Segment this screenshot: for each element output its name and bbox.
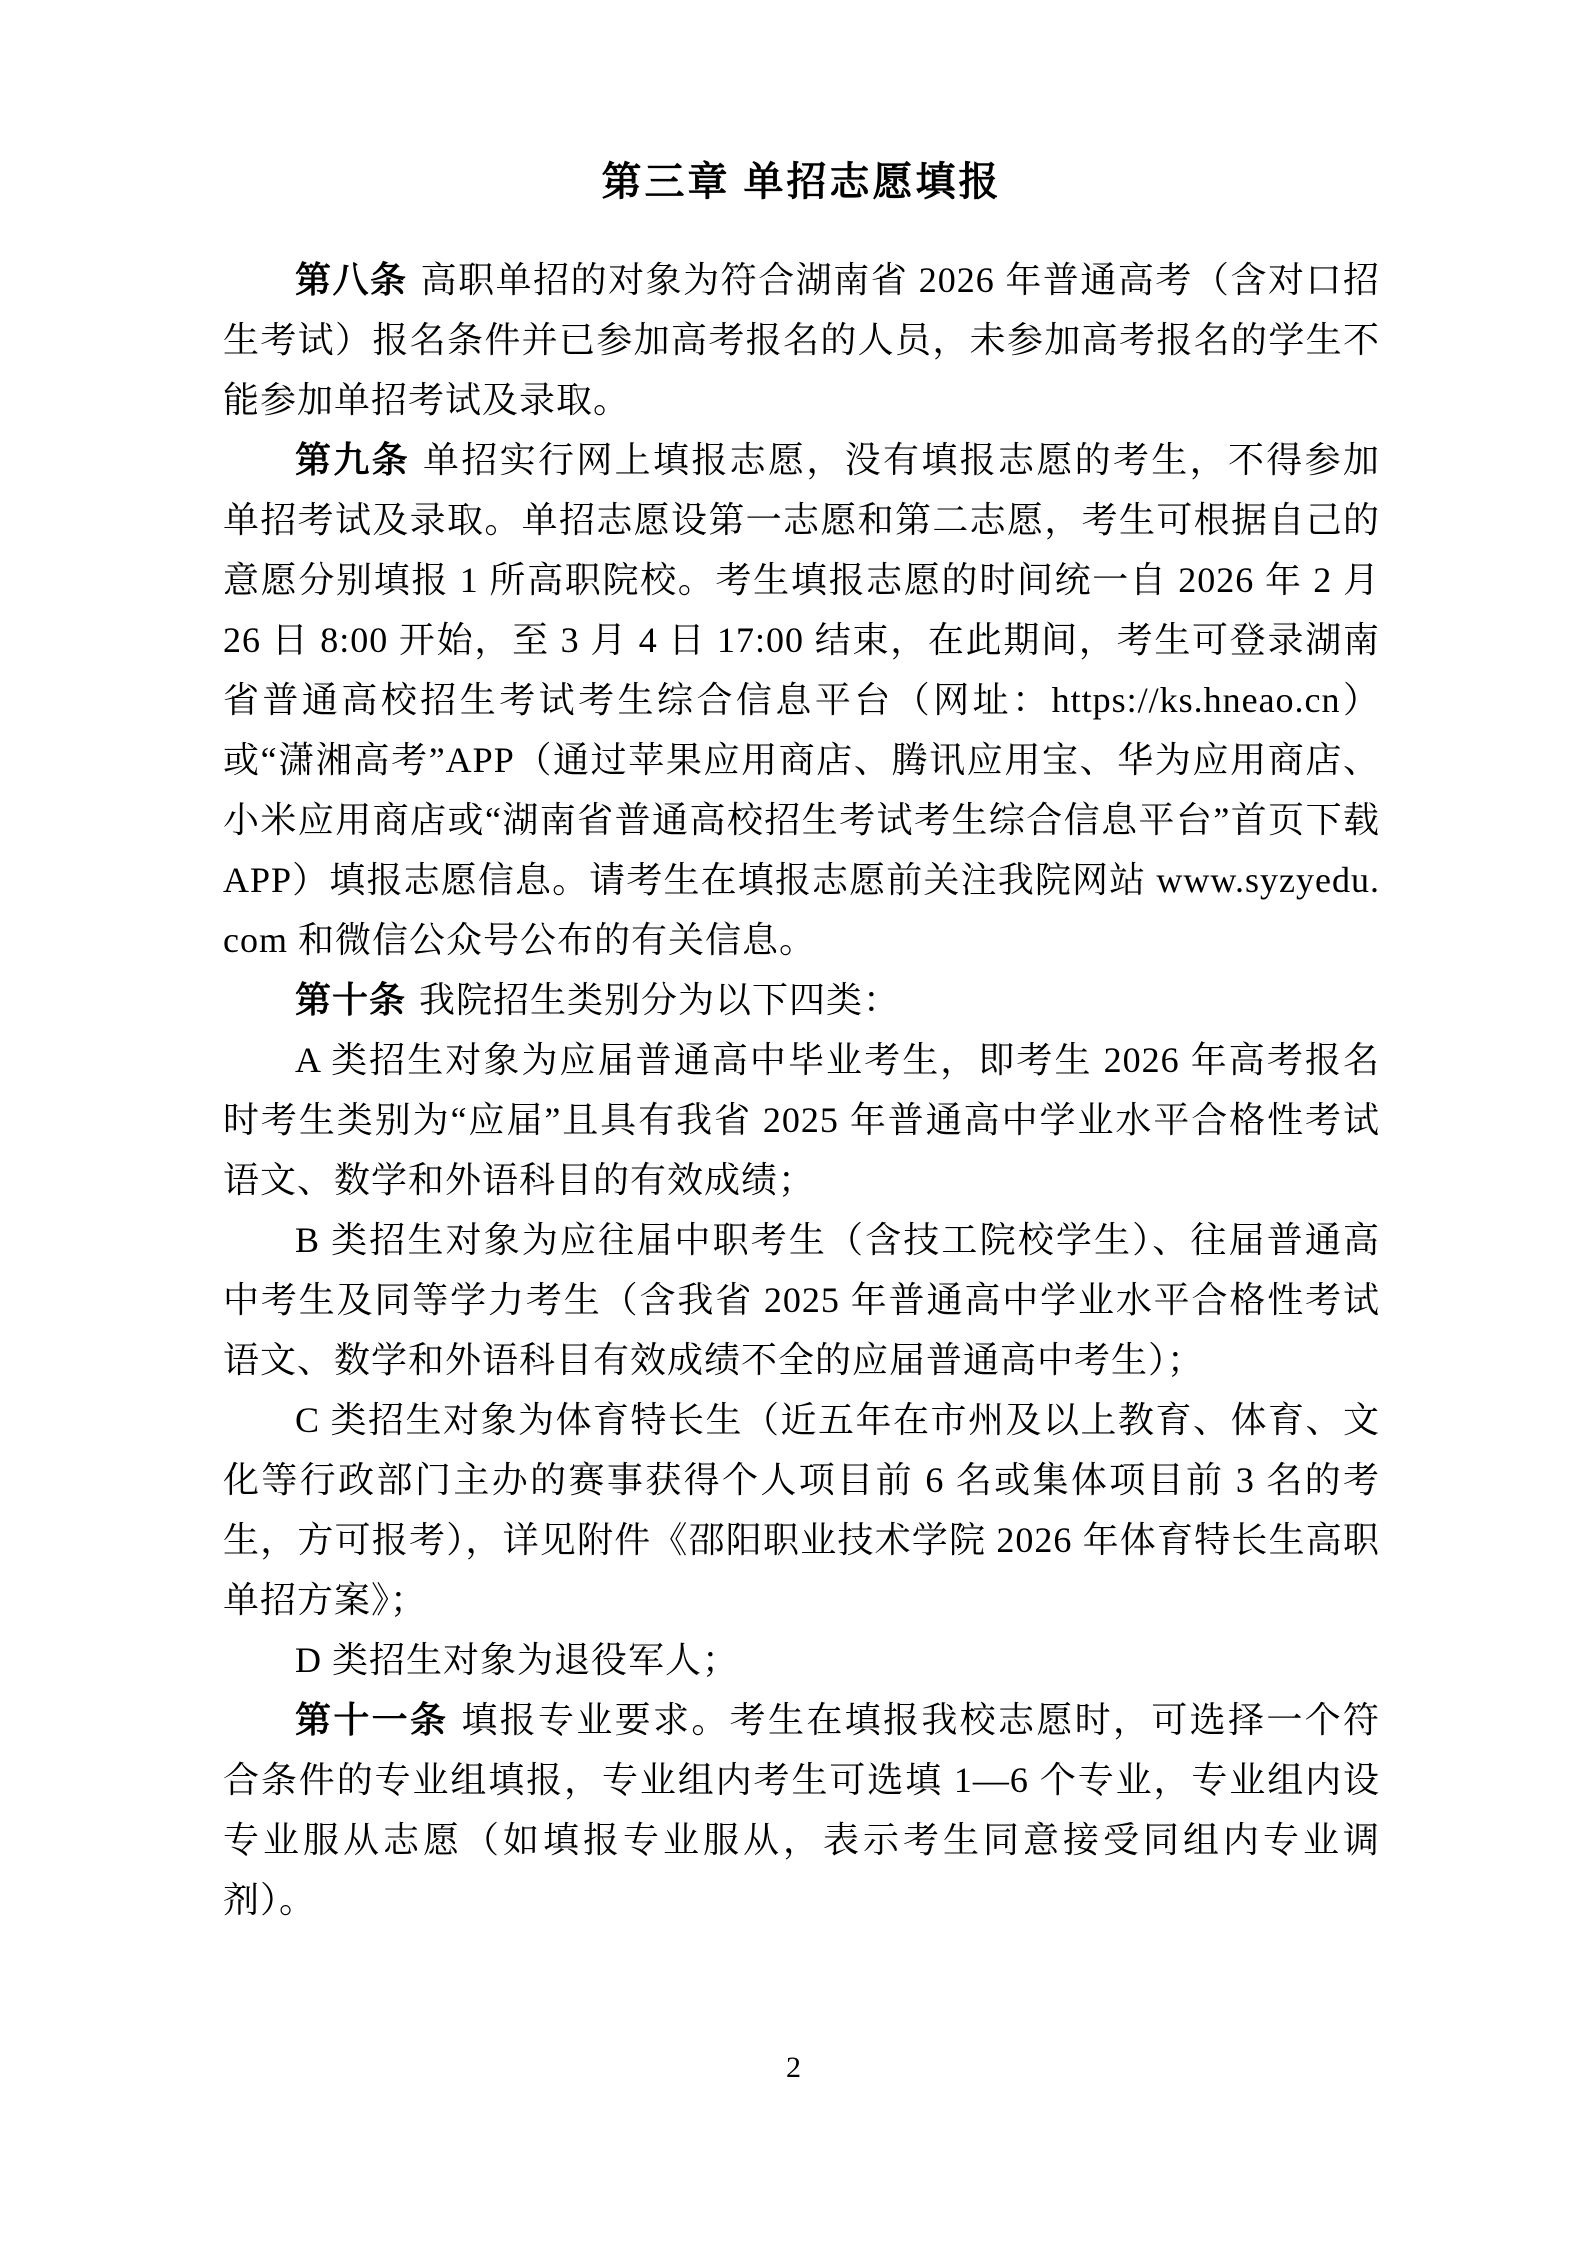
- document-page: 第三章 单招志愿填报 第八条高职单招的对象为符合湖南省 2026 年普通高考（含…: [0, 0, 1587, 2245]
- paragraph: B 类招生对象为应往届中职考生（含技工院校学生）、往届普通高中考生及同等学力考生…: [223, 1210, 1380, 1390]
- paragraph: A 类招生对象为应届普通高中毕业考生，即考生 2026 年高考报名时考生类别为“…: [223, 1030, 1380, 1210]
- page-number: 2: [0, 2050, 1587, 2086]
- paragraph-text: D 类招生对象为退役军人；: [295, 1640, 739, 1680]
- paragraph: 第八条高职单招的对象为符合湖南省 2026 年普通高考（含对口招生考试）报名条件…: [223, 250, 1380, 430]
- paragraph: 第九条单招实行网上填报志愿，没有填报志愿的考生，不得参加单招考试及录取。单招志愿…: [223, 430, 1380, 970]
- paragraph: D 类招生对象为退役军人；: [223, 1630, 1380, 1690]
- clause-number: 第八条: [295, 260, 408, 300]
- document-body: 第八条高职单招的对象为符合湖南省 2026 年普通高考（含对口招生考试）报名条件…: [223, 250, 1380, 1930]
- paragraph-text: 单招实行网上填报志愿，没有填报志愿的考生，不得参加单招考试及录取。单招志愿设第一…: [223, 440, 1380, 960]
- paragraph-text: A 类招生对象为应届普通高中毕业考生，即考生 2026 年高考报名时考生类别为“…: [223, 1040, 1380, 1200]
- paragraph: 第十一条填报专业要求。考生在填报我校志愿时，可选择一个符合条件的专业组填报，专业…: [223, 1690, 1380, 1930]
- clause-number: 第十条: [295, 980, 406, 1020]
- clause-number: 第十一条: [295, 1700, 448, 1740]
- clause-number: 第九条: [295, 440, 410, 480]
- chapter-title: 第三章 单招志愿填报: [223, 158, 1380, 206]
- paragraph-text: C 类招生对象为体育特长生（近五年在市州及以上教育、体育、文化等行政部门主办的赛…: [223, 1400, 1380, 1620]
- paragraph-text: B 类招生对象为应往届中职考生（含技工院校学生）、往届普通高中考生及同等学力考生…: [223, 1220, 1380, 1380]
- paragraph: 第十条我院招生类别分为以下四类：: [223, 970, 1380, 1030]
- paragraph: C 类招生对象为体育特长生（近五年在市州及以上教育、体育、文化等行政部门主办的赛…: [223, 1390, 1380, 1630]
- paragraph-text: 我院招生类别分为以下四类：: [419, 980, 900, 1020]
